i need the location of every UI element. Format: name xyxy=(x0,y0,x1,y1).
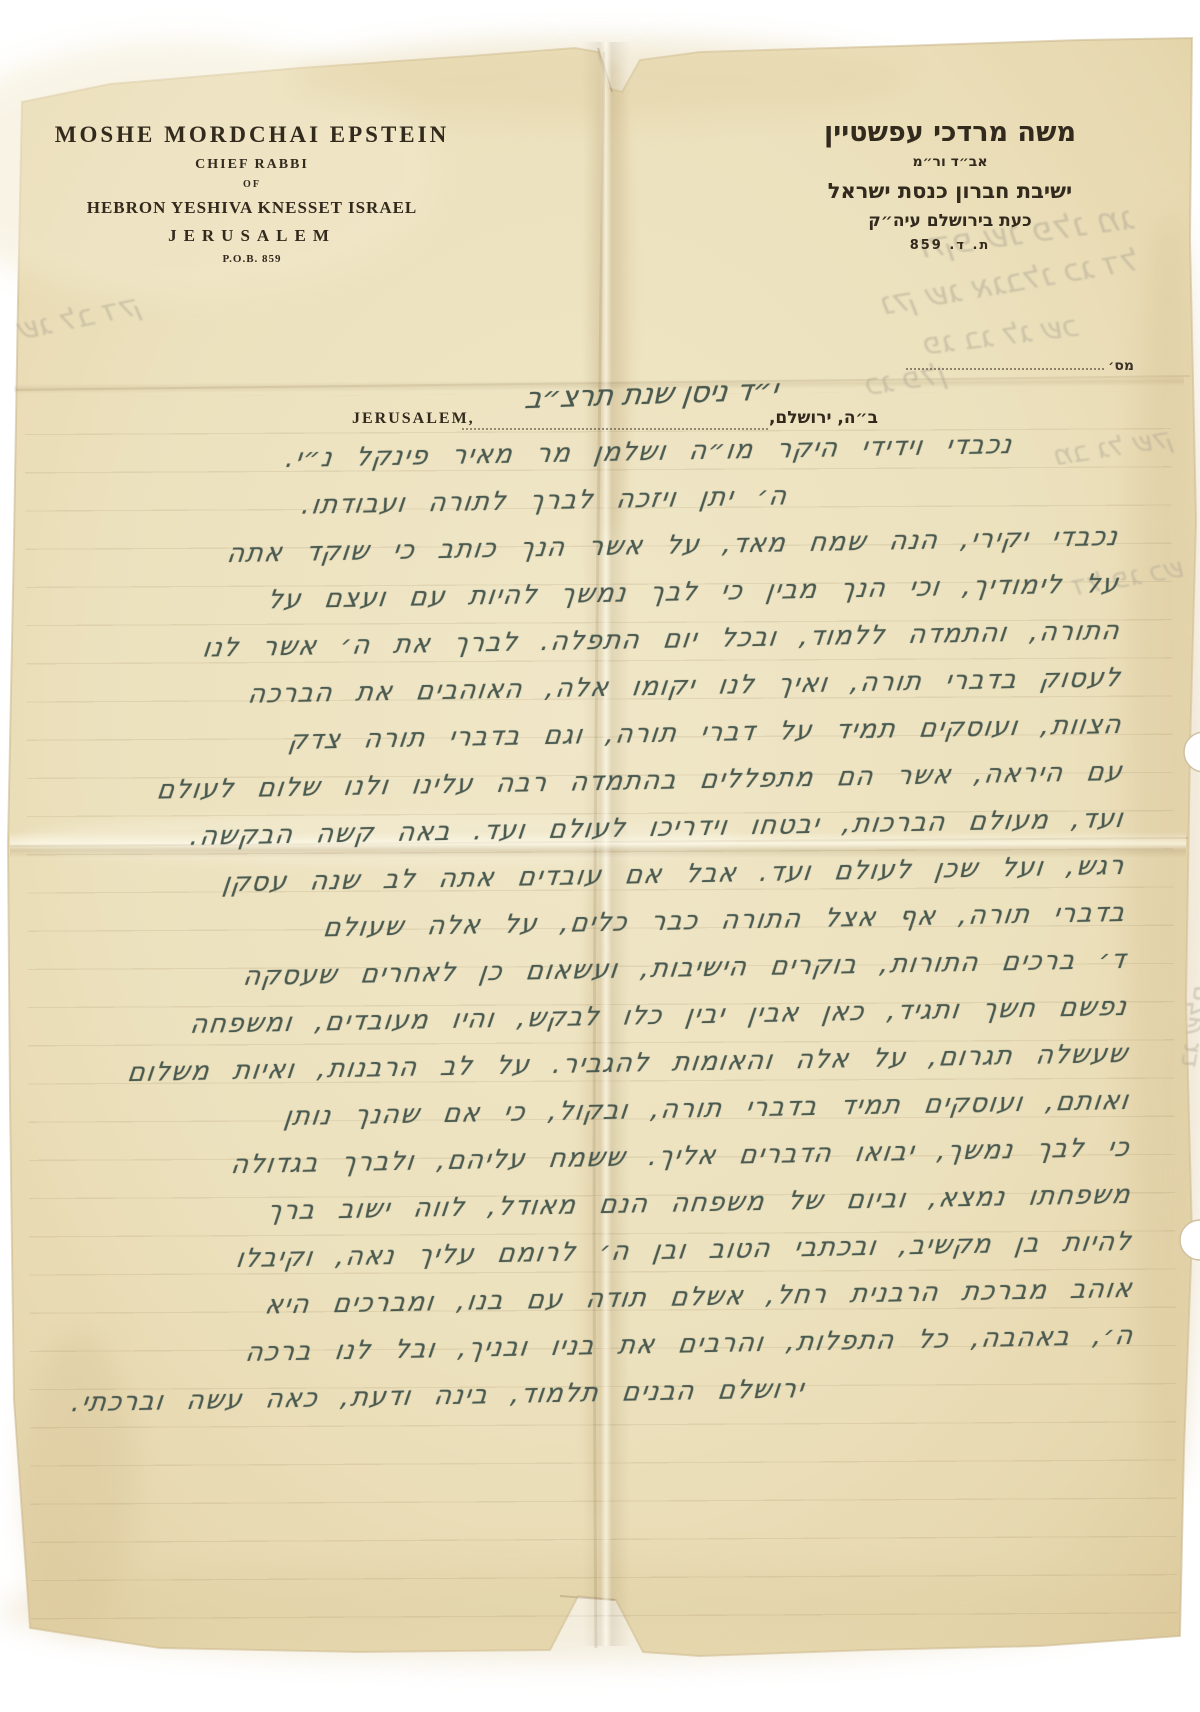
number-label: מס׳ xyxy=(1108,358,1134,374)
letterhead-english: MOSHE MORDCHAI EPSTEIN CHIEF RABBI OF HE… xyxy=(52,122,452,265)
letterhead-org-he: ישיבת חברון כנסת ישראל xyxy=(760,179,1140,203)
letterhead-pob-en: P.O.B. 859 xyxy=(52,253,452,265)
letterhead-hebrew: משה מרדכי עפשטיין אב״ד ור״מ ישיבת חברון … xyxy=(760,118,1140,253)
number-line: מס׳ xyxy=(906,356,1134,374)
letterhead-name-he: משה מרדכי עפשטיין xyxy=(760,118,1140,148)
letterhead-pob-he: ת. ד. 859 xyxy=(760,238,1140,253)
letterhead-title-he: אב״ד ור״מ xyxy=(760,154,1140,170)
letterhead-org-en: HEBRON YESHIVA KNESSET ISRAEL xyxy=(52,198,452,218)
number-dotted-rule xyxy=(906,356,1104,370)
letterhead-city-en: JERUSALEM xyxy=(52,226,452,246)
scan-background: וקפ שנ פלנ מגנק שג אגבלנ כג דלפג בג לג ש… xyxy=(0,0,1200,1712)
letterhead-of-en: OF xyxy=(52,179,452,190)
letterhead-city-he: כעת בירושלם עיה״ק xyxy=(760,211,1140,231)
handwritten-body: נכבדי וידידי היקר מו״ה ושלמן מר מאיר פינ… xyxy=(54,420,1135,1450)
letterhead-title-en: CHIEF RABBI xyxy=(52,157,452,173)
letterhead-name-en: MOSHE MORDCHAI EPSTEIN xyxy=(52,122,452,148)
